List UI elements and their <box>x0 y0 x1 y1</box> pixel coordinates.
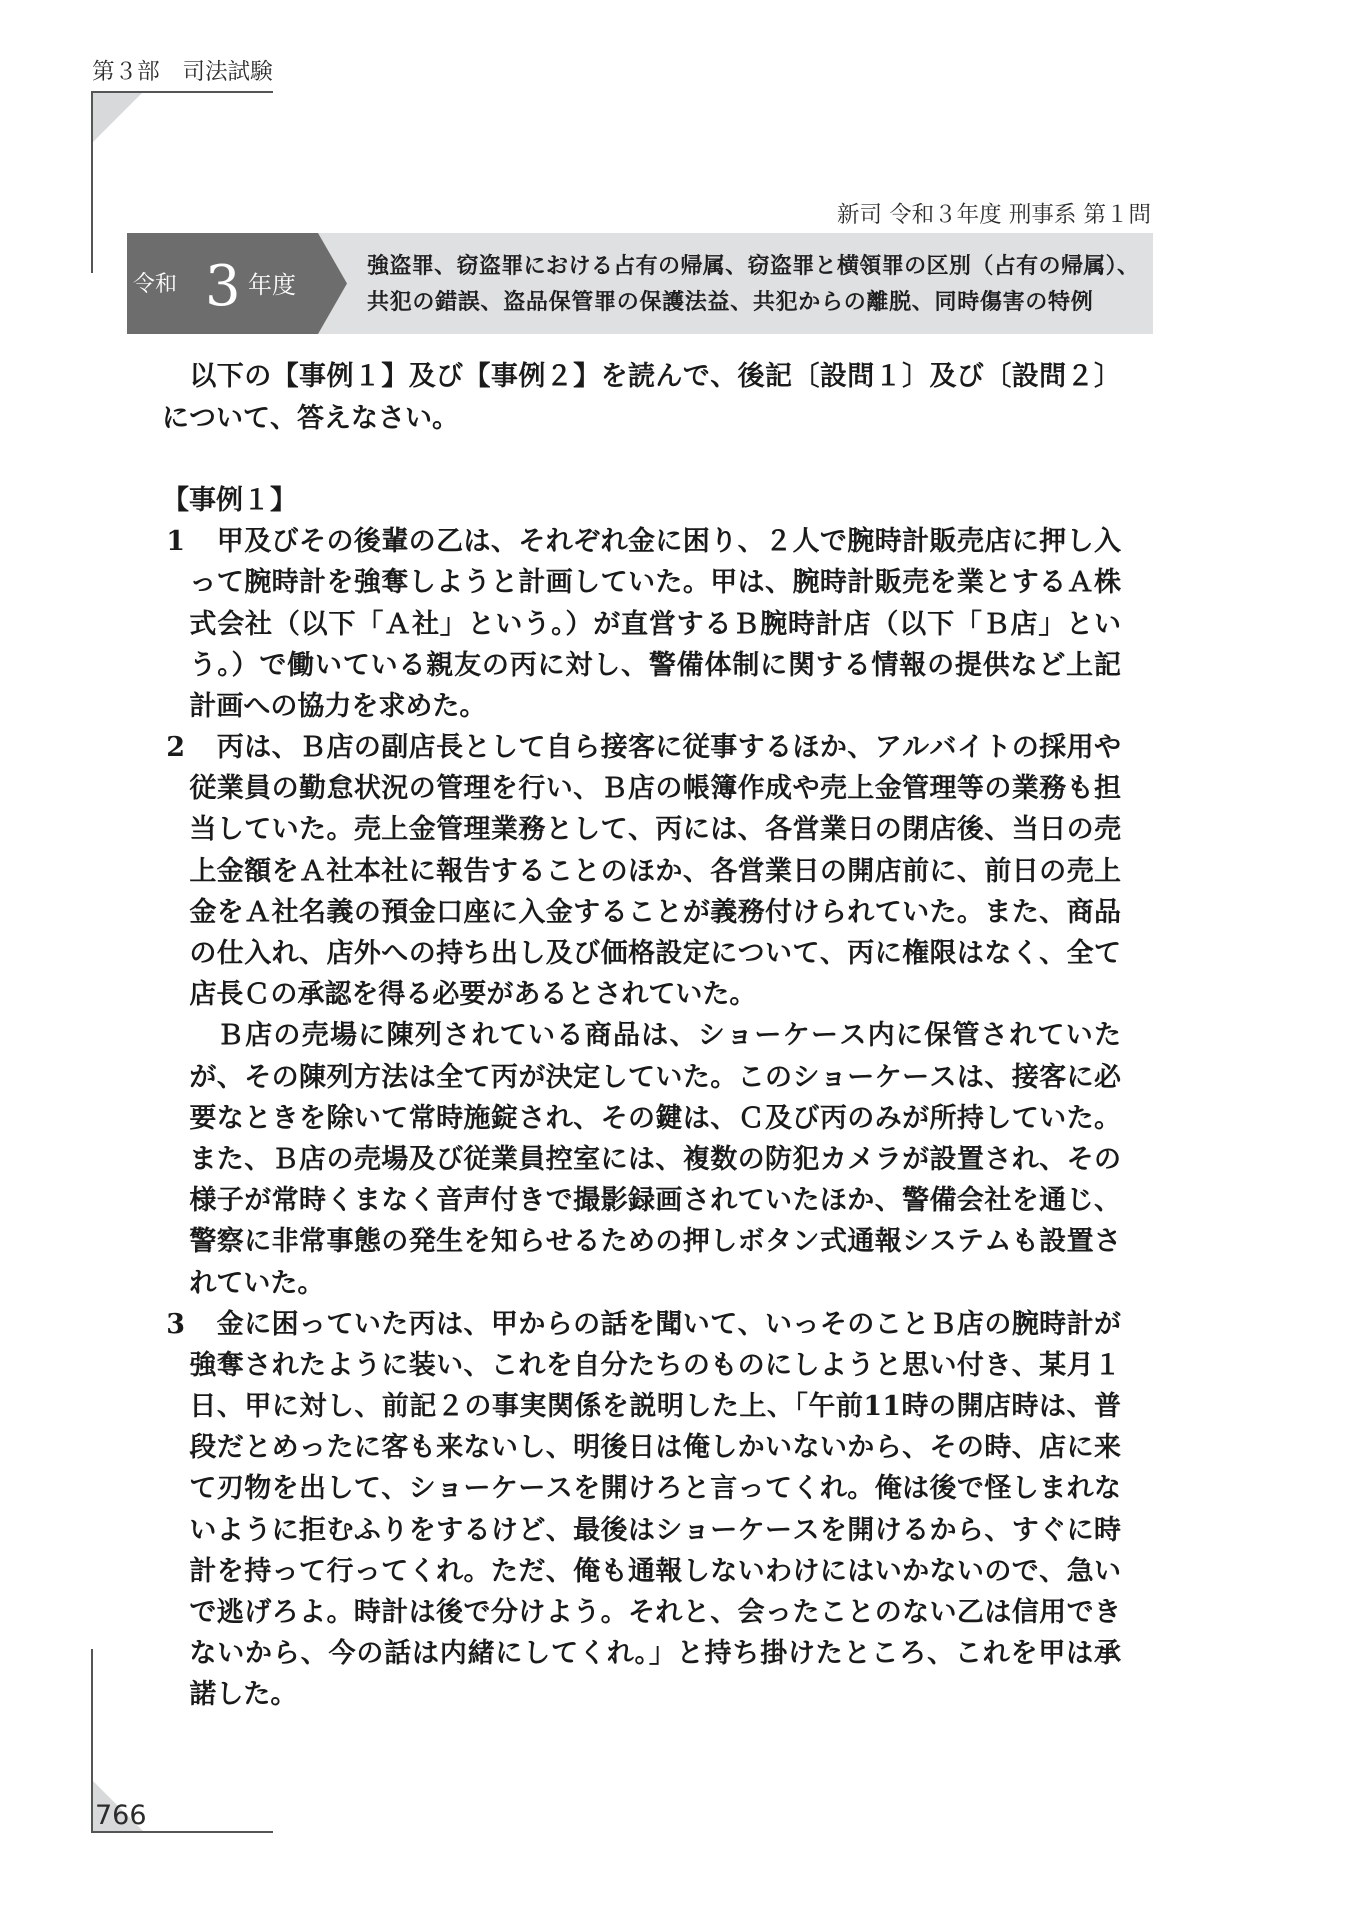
item-text-line: 金をＡ社名義の預金口座に入金することが義務付けられていた。また、商品 <box>189 892 1121 933</box>
question-body: 以下の【事例１】及び【事例２】を読んで、後記〔設問１〕及び〔設問２〕 について、… <box>162 356 1121 1715</box>
item-text-line: 上金額をＡ社本社に報告することのほか、各営業日の開店前に、前日の売上 <box>189 851 1121 892</box>
bottom-corner-rule-horizontal <box>91 1831 273 1833</box>
item-text-line: Ｂ店の売場に陳列されている商品は、ショーケース内に保管されていた <box>217 1015 1121 1056</box>
item-text-line: いように拒むふりをするけど、最後はショーケースを開けるから、すぐに時 <box>189 1510 1121 1551</box>
item-text-line: 様子が常時くまなく音声付きで撮影録画されていたほか、警備会社を通じ、 <box>189 1180 1121 1221</box>
item-text-line: 式会社（以下「Ａ社」という。）が直営するＢ腕時計店（以下「Ｂ店」とい <box>189 604 1121 645</box>
item-text-line: 従業員の勤怠状況の管理を行い、Ｂ店の帳簿作成や売上金管理等の業務も担 <box>189 768 1121 809</box>
exam-label: 新司 令和３年度 刑事系 第１問 <box>837 204 1151 227</box>
item-text-line: って腕時計を強奪しようと計画していた。甲は、腕時計販売を業とするＡ株 <box>189 562 1121 603</box>
item-text-line: 日、甲に対し、前記２の事実関係を説明した上、「午前11時の開店時は、普 <box>189 1386 1121 1427</box>
top-corner-rule-horizontal <box>91 91 273 93</box>
item-text-line: 要なときを除いて常時施錠され、その鍵は、Ｃ及び丙のみが所持していた。 <box>189 1098 1121 1139</box>
instructions-line: について、答えなさい。 <box>162 398 1121 439</box>
instructions-line: 以下の【事例１】及び【事例２】を読んで、後記〔設問１〕及び〔設問２〕 <box>189 356 1121 397</box>
item-number: 2 <box>162 727 189 768</box>
page-number: 766 <box>95 1802 147 1829</box>
book-page: 第３部 司法試験 新司 令和３年度 刑事系 第１問 令和 3 年度 強盗罪、窃盗… <box>0 0 1350 1920</box>
item-text-line: 店長Ｃの承認を得る必要があるとされていた。 <box>189 974 1121 1015</box>
item-text-line: 金に困っていた丙は、甲からの話を聞いて、いっそのことＢ店の腕時計が <box>217 1304 1121 1345</box>
item-text-line: 計を持って行ってくれ。ただ、俺も通報しないわけにはいかないので、急い <box>189 1551 1121 1592</box>
banner-year-suffix: 年度 <box>248 273 296 297</box>
case-heading: 【事例１】 <box>162 480 1121 521</box>
banner-era: 令和 <box>133 274 177 296</box>
item-text-line: の仕入れ、店外への持ち出し及び価格設定について、丙に権限はなく、全て <box>189 933 1121 974</box>
running-header-part: 第３部 司法試験 <box>92 61 273 84</box>
blank-line <box>162 439 1121 480</box>
bottom-corner-rule-vertical <box>91 1649 93 1833</box>
item-text-line: て刃物を出して、ショーケースを開けろと言ってくれ。俺は後で怪しまれな <box>189 1468 1121 1509</box>
item-text-line: 計画への協力を求めた。 <box>189 686 1121 727</box>
item-text-line: が、その陳列方法は全て丙が決定していた。このショーケースは、接客に必 <box>189 1057 1121 1098</box>
item-number: 1 <box>162 521 189 562</box>
top-corner-triangle-icon <box>93 93 142 142</box>
item-text-line: 段だとめったに客も来ないし、明後日は俺しかいないから、その時、店に来 <box>189 1427 1121 1468</box>
item-text-line: 当していた。売上金管理業務として、丙には、各営業日の閉店後、当日の売 <box>189 809 1121 850</box>
item-text-line: 警察に非常事態の発生を知らせるための押しボタン式通報システムも設置さ <box>189 1221 1121 1262</box>
item-text-line: う。）で働いている親友の丙に対し、警備体制に関する情報の提供など上記 <box>189 645 1121 686</box>
item-text-line: ないから、今の話は内緒にしてくれ。」と持ち掛けたところ、これを甲は承 <box>189 1633 1121 1674</box>
case-item-first-line: 2 丙は、Ｂ店の副店長として自ら接客に従事するほか、アルバイトの採用や <box>162 727 1121 768</box>
banner-year: 3 <box>205 259 241 315</box>
item-text-line: また、Ｂ店の売場及び従業員控室には、複数の防犯カメラが設置され、その <box>189 1139 1121 1180</box>
item-text-line: 諾した。 <box>189 1674 1121 1715</box>
banner-topic-line: 共犯の錯誤、盗品保管罪の保護法益、共犯からの離脱、同時傷害の特例 <box>367 285 1093 321</box>
topic-banner: 令和 3 年度 強盗罪、窃盗罪における占有の帰属、窃盗罪と横領罪の区別（占有の帰… <box>127 233 1153 334</box>
item-text-line: 丙は、Ｂ店の副店長として自ら接客に従事するほか、アルバイトの採用や <box>217 727 1121 768</box>
item-text-line: 強奪されたように装い、これを自分たちのものにしようと思い付き、某月１ <box>189 1345 1121 1386</box>
item-text-line: 甲及びその後輩の乙は、それぞれ金に困り、２人で腕時計販売店に押し入 <box>217 521 1121 562</box>
case-item-first-line: 1 甲及びその後輩の乙は、それぞれ金に困り、２人で腕時計販売店に押し入 <box>162 521 1121 562</box>
banner-topic-line: 強盗罪、窃盗罪における占有の帰属、窃盗罪と横領罪の区別（占有の帰属）、 <box>367 249 1139 285</box>
case-item-first-line: 3 金に困っていた丙は、甲からの話を聞いて、いっそのことＢ店の腕時計が <box>162 1304 1121 1345</box>
item-text-line: れていた。 <box>189 1263 1121 1304</box>
top-corner-rule-vertical <box>91 91 93 273</box>
item-text-line: で逃げろよ。時計は後で分けよう。それと、会ったことのない乙は信用でき <box>189 1592 1121 1633</box>
item-number: 3 <box>162 1304 189 1345</box>
